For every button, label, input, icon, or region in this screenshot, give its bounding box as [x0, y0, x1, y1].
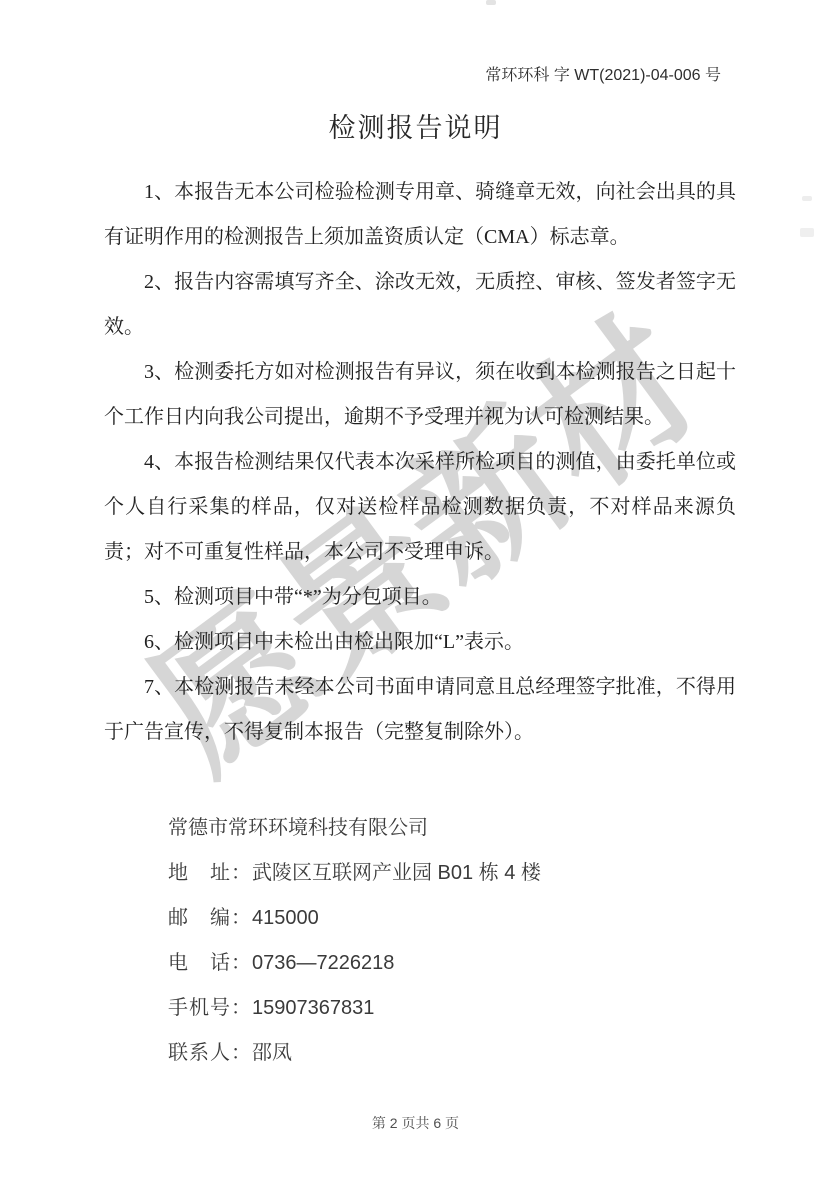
- contact-value: 0736—7226218: [252, 952, 394, 974]
- company-name: 常德市常环环境科技有限公司: [168, 806, 541, 851]
- contact-row: 手机号：15907367831: [168, 986, 541, 1031]
- contact-value: 415000: [252, 907, 319, 929]
- contact-label: 手机号：: [168, 997, 252, 1019]
- contact-label: 邮 编：: [168, 907, 252, 929]
- scan-artifact: [802, 196, 812, 201]
- notes-section: 1、本报告无本公司检验检测专用章、骑缝章无效，向社会出具的具有证明作用的检测报告…: [104, 170, 736, 755]
- contact-value: 15907367831: [252, 997, 374, 1019]
- contact-label: 电 话：: [168, 952, 252, 974]
- contact-row: 电 话：0736—7226218: [168, 941, 541, 986]
- note-paragraph: 3、检测委托方如对检测报告有异议，须在收到本检测报告之日起十个工作日内向我公司提…: [104, 350, 736, 440]
- contact-row: 邮 编：415000: [168, 896, 541, 941]
- contact-section: 常德市常环环境科技有限公司 地 址：武陵区互联网产业园 B01 栋 4 楼 邮 …: [168, 806, 541, 1076]
- contact-label: 联系人：: [168, 1042, 252, 1064]
- page-title: 检测报告说明: [0, 106, 831, 145]
- note-paragraph: 2、报告内容需填写齐全、涂改无效，无质控、审核、签发者签字无效。: [104, 260, 736, 350]
- contact-rows: 地 址：武陵区互联网产业园 B01 栋 4 楼 邮 编：415000 电 话：0…: [168, 851, 541, 1076]
- note-paragraph: 4、本报告检测结果仅代表本次采样所检项目的测值，由委托单位或个人自行采集的样品，…: [104, 440, 736, 575]
- contact-row: 地 址：武陵区互联网产业园 B01 栋 4 楼: [168, 851, 541, 896]
- contact-label: 地 址：: [168, 862, 252, 884]
- contact-row: 联系人：邵凤: [168, 1031, 541, 1076]
- contact-value: 武陵区互联网产业园 B01 栋 4 楼: [252, 862, 541, 884]
- note-paragraph: 6、检测项目中未检出由检出限加“L”表示。: [104, 620, 736, 665]
- report-page: 愿景新材 常环环科 字 WT(2021)-04-006 号 检测报告说明 1、本…: [0, 0, 831, 1200]
- note-paragraph: 5、检测项目中带“*”为分包项目。: [104, 575, 736, 620]
- contact-value: 邵凤: [252, 1042, 292, 1064]
- document-ref-number: 常环环科 字 WT(2021)-04-006 号: [485, 62, 721, 85]
- page-number: 第 2 页共 6 页: [0, 1113, 831, 1133]
- note-paragraph: 1、本报告无本公司检验检测专用章、骑缝章无效，向社会出具的具有证明作用的检测报告…: [104, 170, 736, 260]
- scan-artifact: [486, 0, 496, 5]
- note-paragraph: 7、本检测报告未经本公司书面申请同意且总经理签字批准，不得用于广告宣传，不得复制…: [104, 665, 736, 755]
- scan-artifact: [800, 228, 814, 237]
